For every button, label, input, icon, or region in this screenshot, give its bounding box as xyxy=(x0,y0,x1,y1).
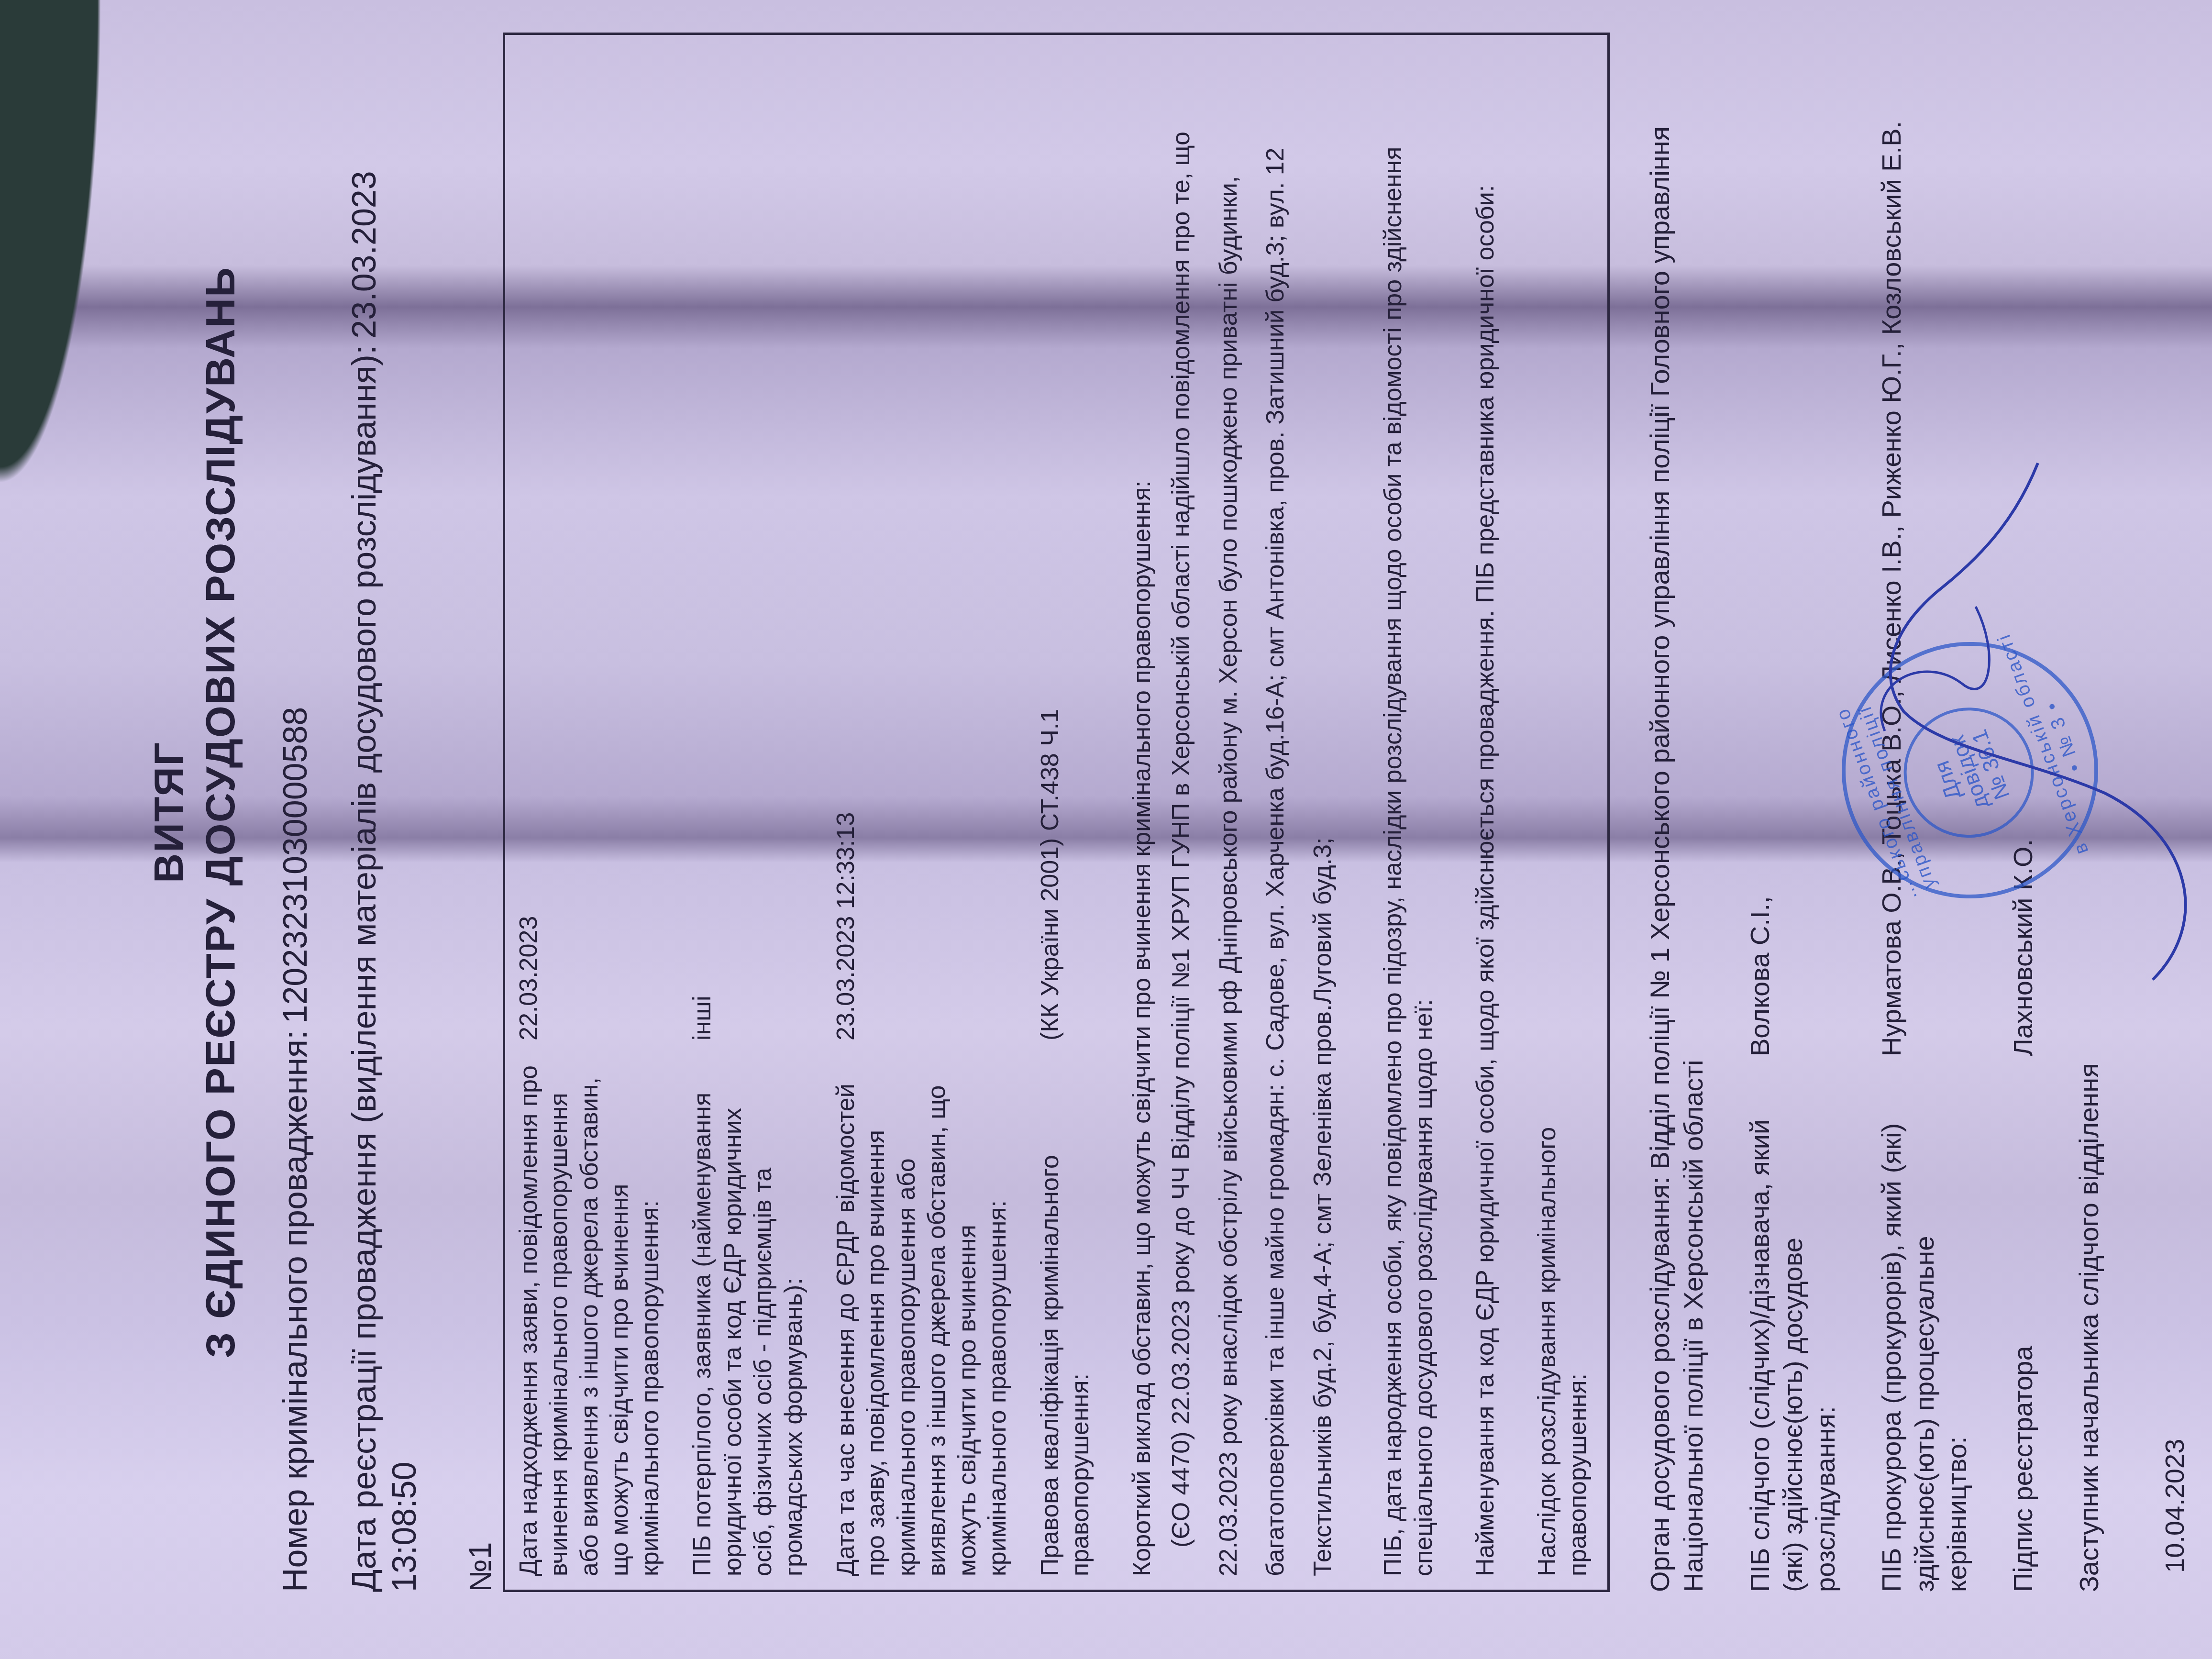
field-label: ПІБ потерпілого, заявника (найменування … xyxy=(687,1060,809,1576)
issue-date: 10.04.2023 xyxy=(2158,33,2191,1592)
prosecutor-label: ПІБ прокурора (прокурорів), який (які) з… xyxy=(1875,1075,1973,1592)
document-page: ВИТЯГ З ЄДИНОГО РЕЄСТРУ ДОСУДОВИХ РОЗСЛІ… xyxy=(0,0,2212,1659)
outcome-section: Наслідок розслідування кримінального пра… xyxy=(1532,1060,1593,1576)
field-value: 23.03.2023 12:33:13 xyxy=(831,48,1013,1060)
registration-date: Дата реєстрації провадження (виділення м… xyxy=(344,33,424,1592)
investigation-body-label: Орган досудового розслідування: xyxy=(1645,1177,1675,1592)
field-row: Дата надходження заяви, повідомлення про… xyxy=(514,48,665,1576)
investigator-label: ПІБ слідчого (слідчих)/дізнавача, який (… xyxy=(1744,1075,1842,1592)
investigation-body: Орган досудового розслідування: Відділ п… xyxy=(1643,33,1710,1592)
suspect-section: ПІБ, дата народження особи, яку повідомл… xyxy=(1378,48,1439,1576)
registrar-signature-label: Підпис реєстратора xyxy=(2007,1075,2039,1592)
case-number-label: Номер кримінального провадження: xyxy=(276,1030,314,1592)
circumstances-section: Короткий виклад обставин, що можуть свід… xyxy=(1127,48,1347,1576)
case-number: Номер кримінального провадження:12023231… xyxy=(275,33,315,1592)
field-value: (КК України 2001) СТ.438 Ч.1 xyxy=(1035,48,1096,1060)
case-number-value: 12023231030000588 xyxy=(276,707,314,1024)
legal-entity-section: Найменування та код ЄДР юридичної особи,… xyxy=(1471,48,1501,1576)
field-value: інші xyxy=(687,48,809,1060)
details-table: Дата надходження заяви, повідомлення про… xyxy=(503,33,1610,1592)
registration-date-label: Дата реєстрації провадження (виділення м… xyxy=(345,345,383,1592)
document-body: ВИТЯГ З ЄДИНОГО РЕЄСТРУ ДОСУДОВИХ РОЗСЛІ… xyxy=(144,33,2191,1592)
field-label: Дата та час внесення до ЄРДР відомостей … xyxy=(831,1060,1013,1576)
document-title: ВИТЯГ З ЄДИНОГО РЕЄСТРУ ДОСУДОВИХ РОЗСЛІ… xyxy=(144,33,246,1592)
registrar-position: Заступник начальника слідчого відділення xyxy=(2073,1063,2105,1592)
field-value: 22.03.2023 xyxy=(514,48,665,1060)
circumstances-text: (ЄО 4470) 22.03.2023 року до ЧЧ Відділу … xyxy=(1158,48,1347,1576)
field-row: Дата та час внесення до ЄРДР відомостей … xyxy=(831,48,1013,1576)
entry-number: №1 xyxy=(463,33,498,1592)
field-label: Дата надходження заяви, повідомлення про… xyxy=(514,1060,665,1576)
field-row: Правова кваліфікація кримінального право… xyxy=(1035,48,1096,1576)
registrar-name: Лахновський К.О. xyxy=(2007,33,2039,1075)
investigator-row: ПІБ слідчого (слідчих)/дізнавача, який (… xyxy=(1744,33,1842,1592)
field-label: Правова кваліфікація кримінального право… xyxy=(1035,1060,1096,1576)
field-row: ПІБ потерпілого, заявника (найменування … xyxy=(687,48,809,1576)
circumstances-label: Короткий виклад обставин, що можуть свід… xyxy=(1127,48,1157,1576)
title-main: ВИТЯГ xyxy=(144,33,195,1592)
title-subtitle: З ЄДИНОГО РЕЄСТРУ ДОСУДОВИХ РОЗСЛІДУВАНЬ xyxy=(195,33,247,1592)
investigator-value: Волкова С.І., xyxy=(1744,33,1842,1075)
